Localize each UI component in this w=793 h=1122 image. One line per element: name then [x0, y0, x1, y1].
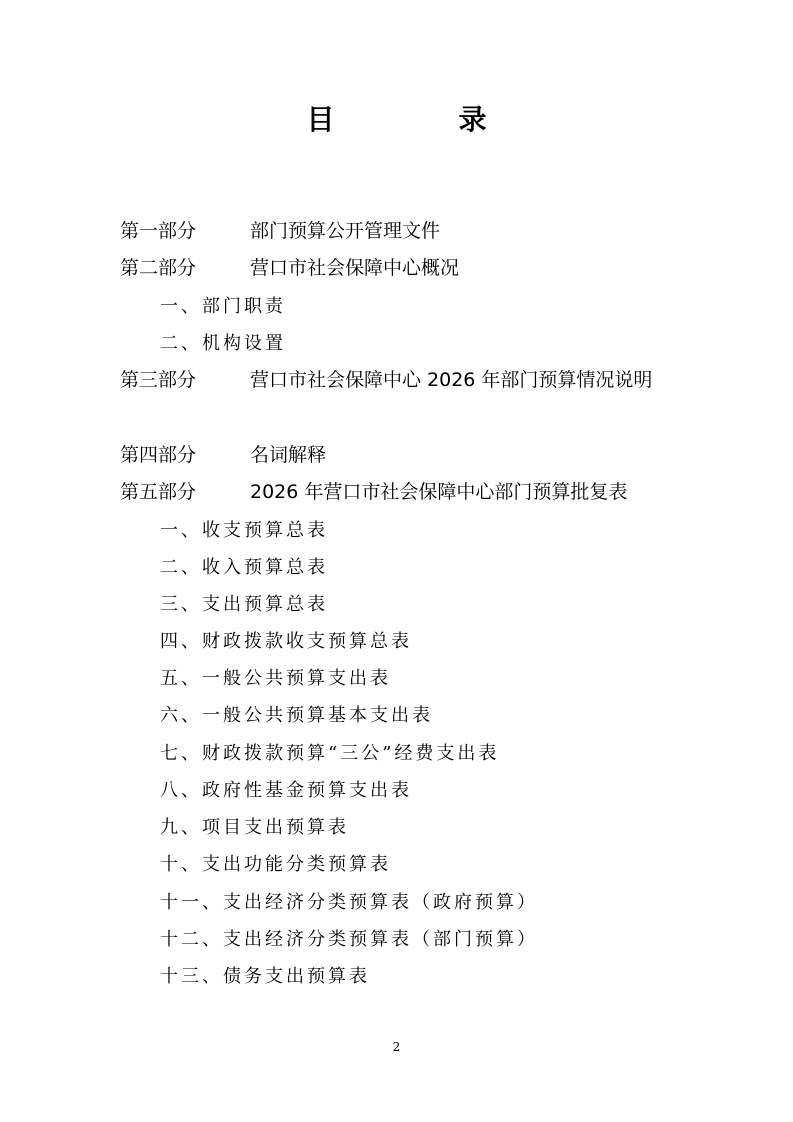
- toc-part-label: 第三部分: [120, 362, 196, 399]
- toc-part-label: 第一部分: [120, 213, 196, 250]
- toc-item[interactable]: 三、支出预算总表: [160, 586, 328, 623]
- toc-item[interactable]: 一、部门职责: [160, 288, 286, 325]
- toc-item[interactable]: 十二、支出经济分类预算表（部门预算）: [160, 921, 538, 958]
- toc-item[interactable]: 一、收支预算总表: [160, 512, 328, 549]
- page-number: 2: [0, 1040, 793, 1054]
- toc-item[interactable]: 六、一般公共预算基本支出表: [160, 697, 433, 734]
- toc-part-text: 营口市社会保障中心 2026 年部门预算情况说明: [250, 362, 680, 399]
- toc-part-text: 名词解释: [250, 437, 680, 474]
- toc-item[interactable]: 四、财政拨款收支预算总表: [160, 623, 412, 660]
- toc-item[interactable]: 七、财政拨款预算“三公”经费支出表: [160, 735, 499, 772]
- toc-item[interactable]: 十三、债务支出预算表: [160, 958, 370, 995]
- toc-part-label: 第二部分: [120, 250, 196, 287]
- toc-part-text: 营口市社会保障中心概况: [250, 250, 680, 287]
- toc-part-text: 2026 年营口市社会保障中心部门预算批复表: [250, 474, 680, 511]
- toc-part-label: 第四部分: [120, 437, 196, 474]
- toc-part-label: 第五部分: [120, 474, 196, 511]
- toc-item[interactable]: 十一、支出经济分类预算表（政府预算）: [160, 884, 538, 921]
- toc-item[interactable]: 二、收入预算总表: [160, 549, 328, 586]
- toc-part-text: 部门预算公开管理文件: [250, 213, 680, 250]
- toc-item[interactable]: 八、政府性基金预算支出表: [160, 772, 412, 809]
- toc-item[interactable]: 十、支出功能分类预算表: [160, 846, 391, 883]
- toc-item[interactable]: 二、机构设置: [160, 325, 286, 362]
- page-title: 目 录: [0, 98, 793, 138]
- toc-item[interactable]: 五、一般公共预算支出表: [160, 660, 391, 697]
- toc-item[interactable]: 九、项目支出预算表: [160, 809, 349, 846]
